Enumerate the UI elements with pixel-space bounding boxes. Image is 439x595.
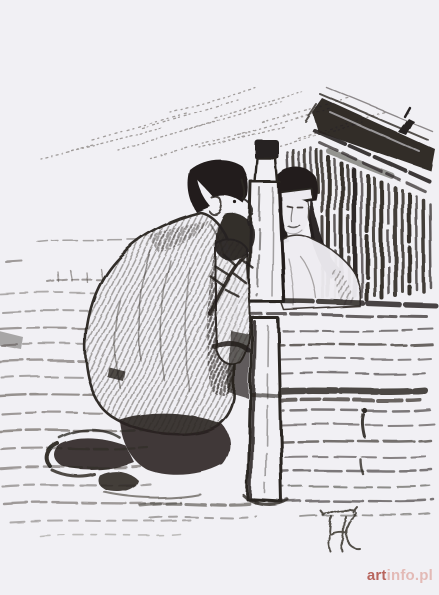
watermark: artinfo.pl bbox=[367, 567, 433, 584]
watermark-brand-primary: art bbox=[367, 567, 387, 584]
watermark-brand-secondary: info.pl bbox=[387, 567, 433, 584]
artwork-scan bbox=[0, 0, 439, 595]
post-cap bbox=[254, 139, 278, 159]
sketch-canvas bbox=[0, 0, 439, 595]
